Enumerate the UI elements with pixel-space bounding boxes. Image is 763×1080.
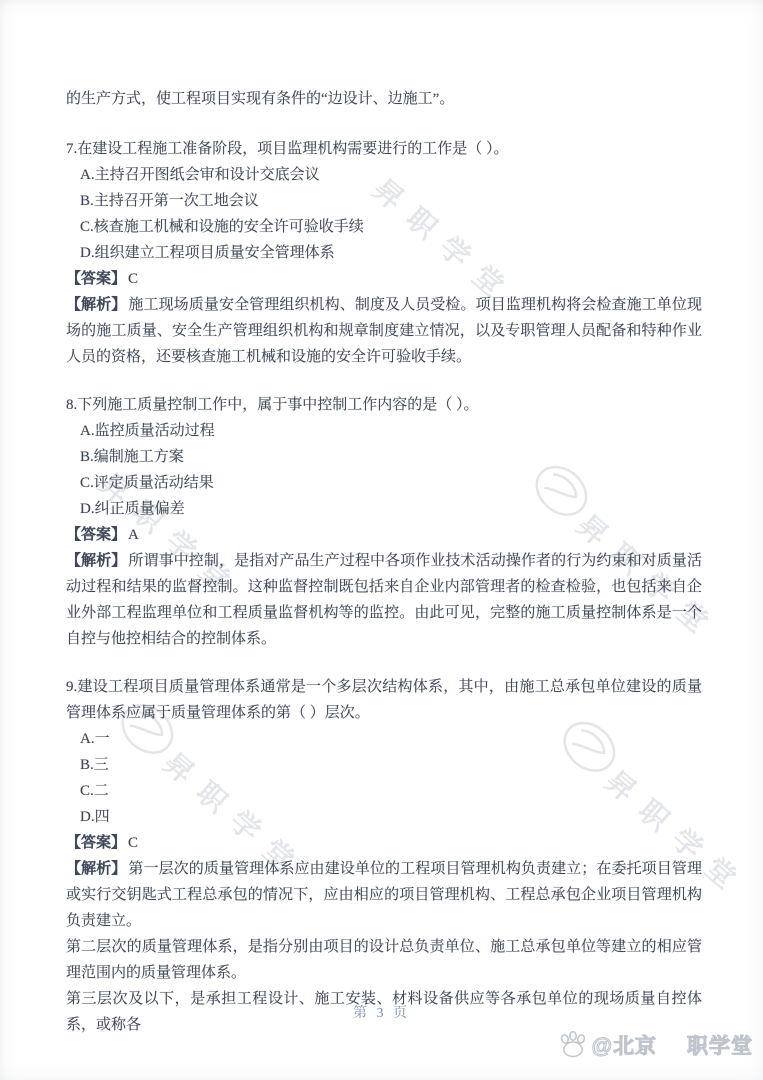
question-7: 7.在建设工程施工准备阶段，项目监理机构需要进行的工作是（ ）。 A.主持召开图…: [66, 136, 702, 370]
analysis-paragraph: 【解析】第一层次的质量管理体系应由建设单位的工程项目管理机构负责建立；在委托项目…: [66, 856, 702, 934]
credit-brand: 职学堂: [687, 1030, 753, 1060]
question-8: 8.下列施工质量控制工作中，属于事中控制工作内容的是（ ）。 A.监控质量活动过…: [66, 392, 702, 652]
answer-line: 【答案】A: [66, 522, 702, 548]
question-9: 9.建设工程项目质量管理体系通常是一个多层次结构体系，其中，由施工总承包单位建设…: [66, 674, 702, 1038]
analysis-text: 施工现场质量安全管理组织机构、制度及人员受检。项目监理机构将会检查施工单位现场的…: [66, 297, 702, 365]
option-d: D.组织建立工程项目质量安全管理体系: [80, 240, 702, 266]
option-c: C.评定质量活动结果: [80, 470, 702, 496]
analysis-paragraph: 【解析】所谓事中控制，是指对产品生产过程中各项作业技术活动操作者的行为约束和对质…: [66, 548, 702, 652]
question-stem: 9.建设工程项目质量管理体系通常是一个多层次结构体系，其中，由施工总承包单位建设…: [66, 674, 702, 726]
document-content: 的生产方式，使工程项目实现有条件的“边设计、边施工”。 7.在建设工程施工准备阶…: [0, 0, 763, 1038]
analysis-label: 【解析】: [66, 297, 126, 313]
answer-label: 【答案】: [66, 271, 126, 287]
analysis-label: 【解析】: [66, 861, 126, 877]
option-d: D.纠正质量偏差: [80, 496, 702, 522]
analysis-paragraph: 【解析】施工现场质量安全管理组织机构、制度及人员受检。项目监理机构将会检查施工单…: [66, 292, 702, 370]
option-c: C.核查施工机械和设施的安全许可验收手续: [80, 214, 702, 240]
option-b: B.主持召开第一次工地会议: [80, 188, 702, 214]
answer-label: 【答案】: [66, 835, 126, 851]
option-b: B.三: [80, 752, 702, 778]
analysis-label: 【解析】: [66, 553, 126, 569]
document-page: 昇职学堂 昇职学堂 昇职学堂 昇职学堂 昇职学堂 的生产方式，使工程项目实现有条…: [0, 0, 763, 1080]
question-stem: 7.在建设工程施工准备阶段，项目监理机构需要进行的工作是（ ）。: [66, 136, 702, 162]
answer-line: 【答案】C: [66, 830, 702, 856]
option-a: A.主持召开图纸会审和设计交底会议: [80, 162, 702, 188]
answer-label: 【答案】: [66, 527, 126, 543]
analysis-paragraph: 第二层次的质量管理体系，是指分别由项目的设计总负责单位、施工总承包单位等建立的相…: [66, 934, 702, 986]
watermark-credit: @北京 职学堂: [558, 1030, 753, 1060]
option-a: A.监控质量活动过程: [80, 418, 702, 444]
answer-value: A: [128, 527, 139, 543]
answer-value: C: [128, 271, 138, 287]
option-c: C.二: [80, 778, 702, 804]
option-a: A.一: [80, 726, 702, 752]
paragraph-continuation: 的生产方式，使工程项目实现有条件的“边设计、边施工”。: [66, 86, 702, 112]
option-b: B.编制施工方案: [80, 444, 702, 470]
answer-value: C: [128, 835, 138, 851]
page-number: 第 3 页: [0, 1002, 763, 1022]
option-d: D.四: [80, 804, 702, 830]
analysis-text: 第一层次的质量管理体系应由建设单位的工程项目管理机构负责建立；在委托项目管理或实…: [66, 861, 702, 929]
analysis-text: 所谓事中控制，是指对产品生产过程中各项作业技术活动操作者的行为约束和对质量活动过…: [66, 553, 702, 647]
paw-icon: [558, 1031, 588, 1059]
credit-location: @北京: [592, 1030, 657, 1060]
answer-line: 【答案】C: [66, 266, 702, 292]
question-stem: 8.下列施工质量控制工作中，属于事中控制工作内容的是（ ）。: [66, 392, 702, 418]
